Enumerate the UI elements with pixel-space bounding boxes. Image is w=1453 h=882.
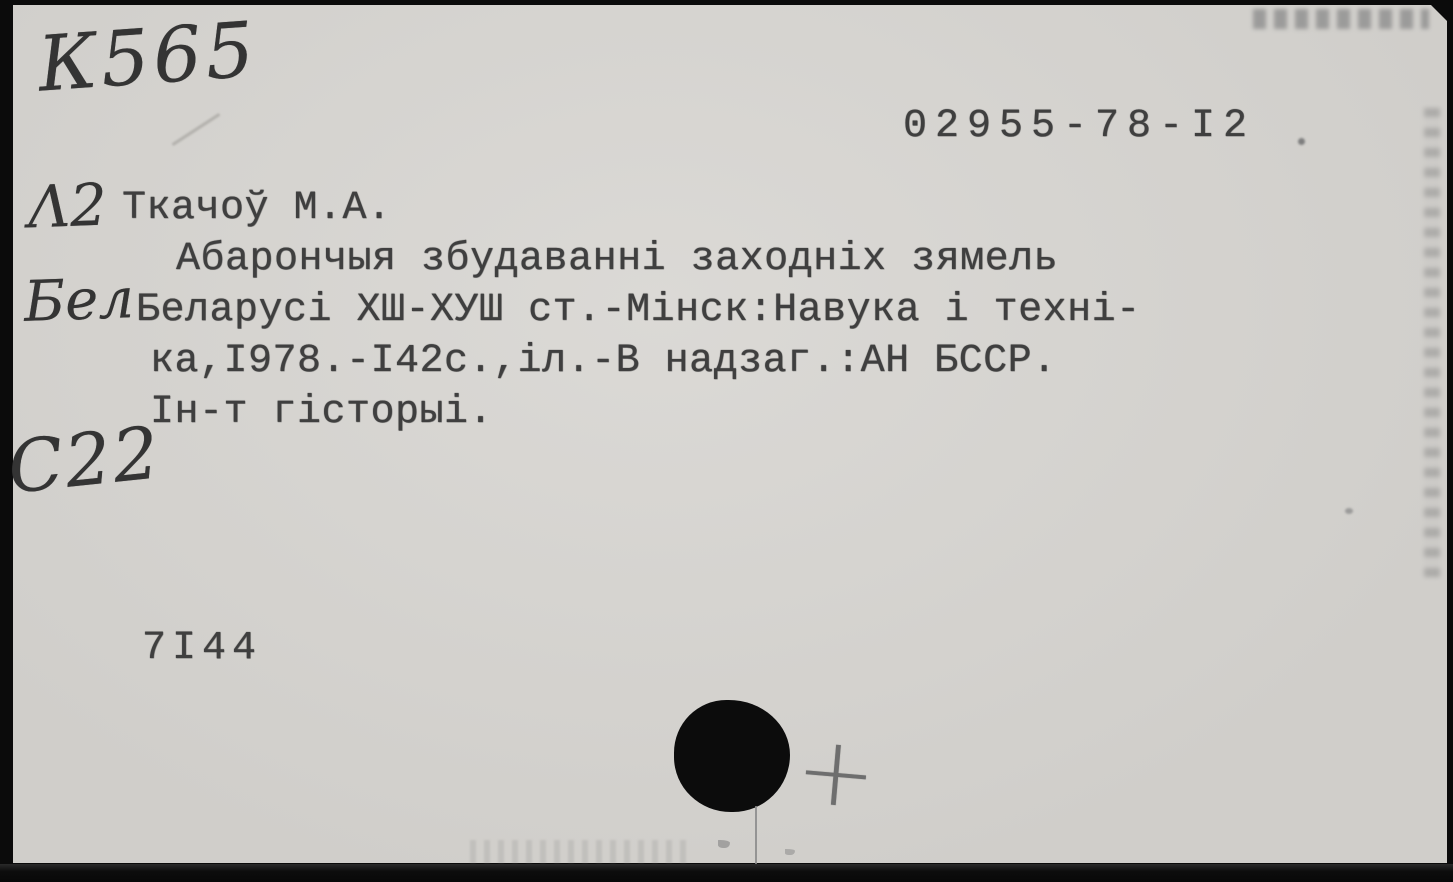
paper-speck — [1298, 138, 1305, 145]
handwritten-shelf-mark: С22 — [4, 410, 165, 510]
faded-stamp-smudge — [1253, 9, 1429, 29]
handwritten-call-number: К565 — [35, 4, 261, 108]
bottom-edge-smudge — [470, 840, 690, 864]
handwritten-author-cutter: Λ2 — [27, 171, 108, 242]
ink-drip-line — [755, 806, 757, 866]
right-edge-smudge — [1424, 108, 1440, 578]
handwritten-plus-mark: + — [791, 713, 881, 832]
ink-blot-mark — [674, 700, 790, 812]
scan-corner-notch — [1431, 5, 1447, 21]
typed-title-line-1: Абарончыя збудаванні заходніх зямель — [176, 235, 1058, 285]
typed-index-number: 02955-78-I2 — [903, 102, 1255, 152]
typed-author-name: Ткачоў М.А. — [122, 184, 392, 234]
paper-speck — [1345, 508, 1353, 514]
handwritten-region-mark: Бел — [23, 266, 135, 335]
scanned-catalog-card-page: { "colors": { "paper": "#d7d5d1", "typed… — [0, 0, 1453, 882]
typed-imprint-line: ка,I978.-I42с.,іл.-В надзаг.:АН БССР. — [150, 337, 1057, 387]
typed-title-line-2: Беларусі ХШ-ХУШ ст.-Мінск:Навука і техні… — [136, 286, 1141, 336]
typed-order-number: 7I44 — [142, 624, 262, 674]
typed-institute-line: Ін-т гісторыі. — [150, 388, 493, 438]
scan-bottom-edge — [0, 864, 1453, 882]
